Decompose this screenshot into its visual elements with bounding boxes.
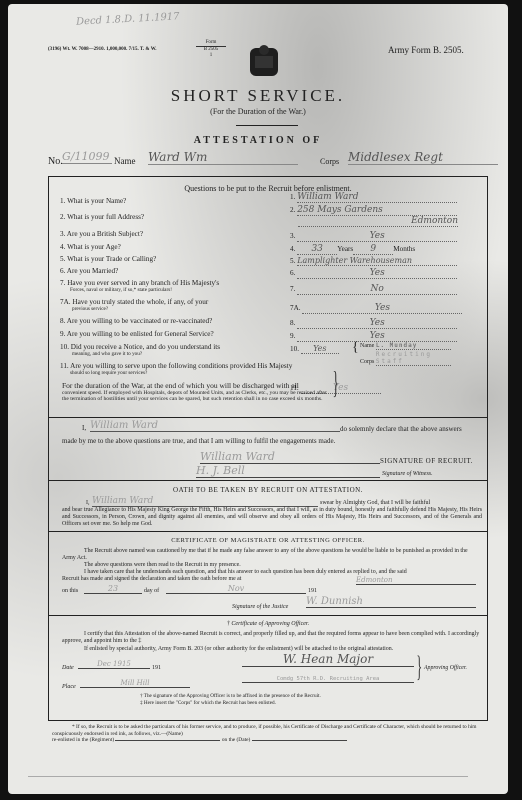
on-this-label: on this [62, 588, 78, 594]
document-subtitle: (For the Duration of the War.) [8, 107, 508, 116]
recruit-signature-label: SIGNATURE OF RECRUIT. [380, 457, 473, 465]
footnote-date-label: on the (Date) [222, 737, 250, 743]
approving-note-2: ‡ Here insert the "Corps" for which the … [140, 700, 276, 706]
section-divider [48, 417, 488, 418]
notice-corps-row: Corps Recruiting Staff [360, 351, 451, 366]
approving-date-year: 191 [152, 665, 161, 671]
regimental-number: G/11099 [62, 150, 112, 164]
recruit-name: Ward Wm [148, 150, 298, 165]
approving-title: † Certificate of Approving Officer. [48, 621, 488, 627]
royal-crest-icon [245, 44, 283, 78]
magistrate-title: CERTIFICATE OF MAGISTRATE OR ATTESTING O… [48, 537, 488, 544]
magistrate-paragraph-2: The above questions were then read to th… [84, 562, 241, 568]
conditions-body: convenient speed. If employed with Hospi… [62, 390, 327, 403]
footnote-regiment-label: re-enlisted in the (Regiment) [52, 737, 114, 743]
witness-signature: H. J. Bell [196, 464, 380, 478]
service-conditions: For the duration of the War, at the end … [62, 382, 327, 403]
notice-name-row: Name L. Munday [360, 342, 451, 350]
corps-value: Middlesex Regt [348, 150, 498, 165]
declaration-text: made by me to the above questions are tr… [62, 437, 335, 445]
magistrate-paragraph-1: The Recruit above named was cautioned by… [62, 548, 482, 562]
approving-date-label: Date [62, 665, 74, 671]
brace-icon: } [416, 652, 422, 682]
page-fold-line [28, 776, 468, 777]
oath-text-2: and bear true Allegiance to His Majesty … [62, 507, 482, 528]
oath-recruit-name: William Ward [92, 496, 318, 507]
answer-8: 8. Yes [290, 318, 475, 331]
footnote-regiment-field [115, 740, 220, 741]
question-9: 9. Are you willing to be enlisted for Ge… [60, 330, 285, 343]
question-8: 8. Are you willing to be vaccinated or r… [60, 317, 285, 330]
oath-text-1: swear by Almighty God, that I will be fa… [320, 500, 430, 506]
section-divider [48, 480, 488, 481]
approving-officer-signature: W. Hean Major [242, 652, 414, 667]
attestation-document: Decd 1.8.D. 11.1917 (3196) Wt. W. 7008—2… [8, 4, 508, 794]
attestation-month: Nov [166, 584, 306, 594]
brace-icon: } [333, 366, 339, 398]
day-of-label: day of [144, 588, 159, 594]
attestation-place: Edmonton [356, 576, 476, 585]
justice-signature: W. Dunnish [306, 596, 476, 608]
approving-officer-stamp: Comdg 57th R.D. Recruiting Area [242, 676, 414, 683]
answer-5: 5. Lamplighter Warehouseman [290, 256, 475, 268]
section-divider [48, 531, 488, 532]
approving-note-1: † The signature of the Approving Officer… [140, 693, 321, 699]
answer-10: 10. Yes { Name L. Munday Corps Recruitin… [290, 344, 475, 363]
declaration-text-right: do solemnly declare that the above answe… [340, 425, 462, 433]
print-code: (3196) Wt. W. 7008—2910. 1,000,000. 7/15… [48, 47, 156, 52]
answer-2: 2. 258 Mays GardensEdmonton [290, 205, 475, 231]
approving-officer-label: Approving Officer. [424, 665, 467, 671]
oath-i-label: I, [86, 500, 90, 506]
section-divider [48, 615, 488, 616]
footnote-reenlisted: re-enlisted in the (Regiment) on the (Da… [52, 737, 347, 743]
attestation-day: 23 [84, 584, 142, 594]
question-3: 3. Are you a British Subject? [60, 230, 285, 243]
question-4: 4. What is your Age? [60, 243, 285, 255]
document-title: SHORT SERVICE. [8, 86, 508, 106]
answer-4: 4. 33Years9Months [290, 244, 475, 256]
footnote-date-field [252, 740, 347, 741]
question-2: 2. What is your full Address? [60, 210, 285, 230]
form-reference: Form B 2505 1 [196, 40, 226, 59]
questions-list: 1. What is your Name? 2. What is your fu… [60, 197, 285, 381]
answer-7: 7. No [290, 280, 475, 299]
answer-6: 6. Yes [290, 268, 475, 280]
form-ref-mid: B 2505 [196, 46, 226, 53]
answer-1: 1. William Ward [290, 192, 475, 205]
year-prefix: 191 [308, 588, 317, 594]
question-1: 1. What is your Name? [60, 197, 285, 210]
title-divider [236, 125, 298, 126]
answers-list: 1. William Ward 2. 258 Mays GardensEdmon… [290, 192, 475, 402]
army-form-number: Army Form B. 2505. [388, 45, 464, 55]
footnote-text: * If so, the Recruit is to be asked the … [52, 724, 492, 737]
declaration-i-label: I, [82, 424, 86, 432]
corps-label: Corps [320, 157, 339, 166]
justice-signature-label: Signature of the Justice [232, 604, 288, 610]
witness-signature-label: Signature of Witness. [382, 471, 433, 477]
recruit-signature: William Ward [200, 450, 380, 464]
attestation-heading: ATTESTATION OF [8, 135, 508, 146]
answer-3: 3. Yes [290, 231, 475, 244]
number-label: No. [48, 156, 63, 167]
approving-paragraph-1: I certify that this Attestation of the a… [62, 631, 482, 645]
question-6: 6. Are you Married? [60, 267, 285, 279]
question-7a: 7A. Have you truly stated the whole, if … [60, 298, 285, 317]
question-7: 7. Have you ever served in any branch of… [60, 279, 285, 298]
declaration-recruit-name: William Ward [90, 420, 340, 432]
conditions-lead: For the duration of the War, at the end … [62, 382, 327, 390]
brace-icon: { [352, 340, 359, 356]
name-label: Name [114, 156, 136, 166]
recruit-identity-row: No. G/11099 Name Ward Wm Corps Middlesex… [48, 150, 498, 170]
question-5: 5. What is your Trade or Calling? [60, 255, 285, 267]
answer-7a: 7A. Yes [290, 299, 475, 318]
approving-place-label: Place [62, 684, 76, 690]
oath-title: OATH TO BE TAKEN BY RECRUIT ON ATTESTATI… [48, 486, 488, 494]
approving-date: Dec 1915 [78, 660, 150, 669]
approving-place: Mill Hill [80, 679, 190, 688]
question-10: 10. Did you receive a Notice, and do you… [60, 343, 285, 362]
pencil-annotation: Decd 1.8.D. 11.1917 [76, 11, 180, 27]
form-ref-bottom: 1 [196, 53, 226, 59]
